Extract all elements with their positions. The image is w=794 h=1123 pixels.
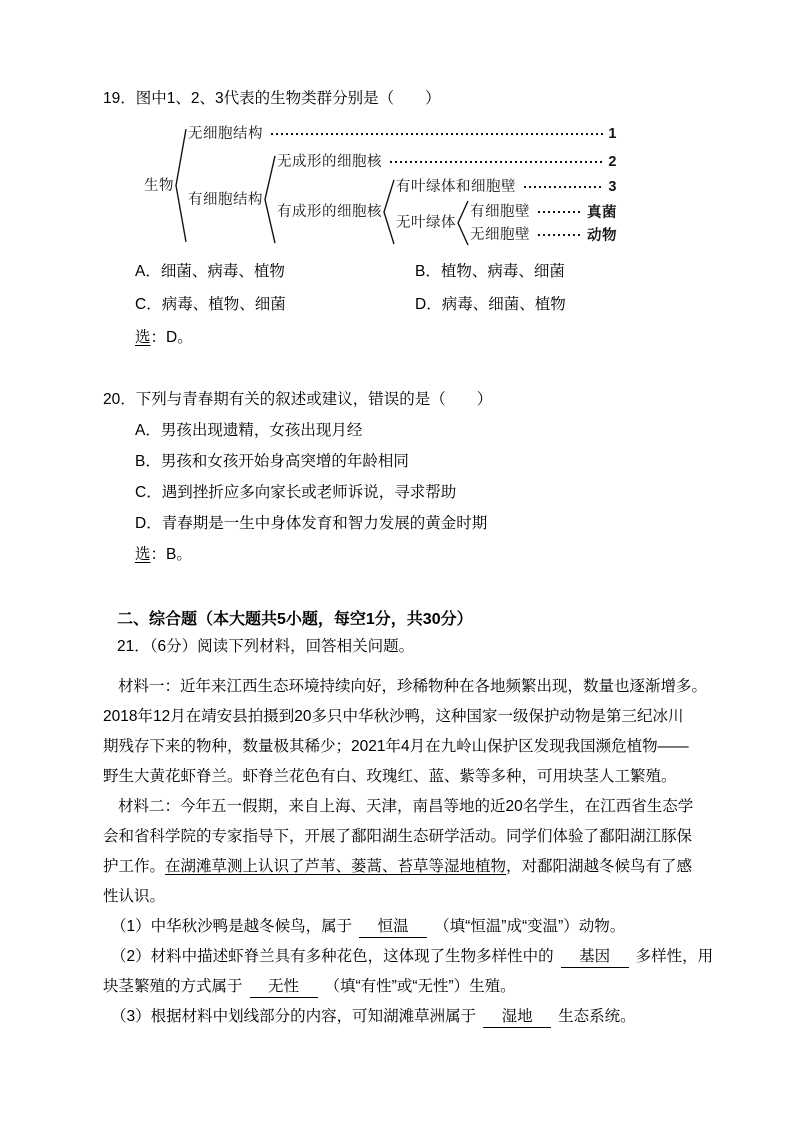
diagram-node-formed-nucleus: 有成形的细胞核 有叶绿体和细胞壁 3 无叶绿体 [276, 177, 617, 247]
q21-sub2-line2: 块茎繁殖的方式属于无性（填“有性”或“无性”）生殖。 [103, 972, 754, 1002]
diagram-root-label: 生物 [143, 176, 175, 196]
q20-answer-line: 选：B。 [135, 544, 754, 566]
classification-diagram: 生物 无细胞结构 1 有细胞结构 无成形的细胞核 2 [143, 124, 575, 247]
material2-line: 性认识。 [103, 882, 754, 912]
material1-line: 2018年12月在靖安县拍摄到20多只中华秋沙鸭，这种国家一级保护动物是第三纪冰… [103, 702, 754, 732]
section-heading: 二、综合题（本大题共5小题，每空1分，共30分） [117, 608, 754, 632]
material2-line: 材料二：今年五一假期，来自上海、天津，南昌等地的近20名学生，在江西省生态学 [118, 792, 754, 822]
diagram-label: 无细胞结构 [187, 124, 264, 144]
branch-bracket [457, 199, 469, 247]
q19-title: 19．图中1、2、3代表的生物类群分别是（ ） [103, 88, 754, 110]
q21-sub3-line: （3）根据材料中划线部分的内容，可知湖滩草洲属于湿地生态系统。 [111, 1002, 754, 1032]
dotted-leader [524, 186, 603, 188]
q21-sub1-line: （1）中华秋沙鸭是越冬候鸟，属于恒温（填“恒温”成“变温”）动物。 [111, 912, 754, 942]
q20-option-b: B．男孩和女孩开始身高突增的年龄相同 [135, 451, 754, 473]
material1-line: 期残存下来的物种，数量极其稀少；2021年4月在九岭山保护区发现我国濒危植物—— [103, 732, 754, 762]
diagram-number-3: 3 [608, 179, 617, 195]
diagram-node-no-chloroplast: 无叶绿体 有细胞壁 真菌 [395, 199, 617, 247]
sub3-answer-blank: 湿地 [483, 1007, 551, 1028]
sub2-answer-blank-2: 无性 [250, 977, 318, 998]
diagram-label: 有细胞壁 [469, 202, 531, 222]
diagram-label: 有叶绿体和细胞壁 [395, 177, 517, 197]
q19-option-a: A．细菌、病毒、植物 [135, 261, 415, 283]
diagram-row-no-cell: 无细胞结构 1 [187, 124, 617, 144]
diagram-row-fungi: 有细胞壁 真菌 [469, 201, 617, 222]
q21-sub2-line1: （2）材料中描述虾脊兰具有多种花色，这体现了生物多样性中的基因多样性，用 [111, 942, 754, 972]
exam-page: 19．图中1、2、3代表的生物类群分别是（ ） 生物 无细胞结构 1 有细胞结构… [0, 0, 794, 1032]
diagram-label: 有成形的细胞核 [276, 202, 383, 222]
diagram-node-has-cell: 有细胞结构 无成形的细胞核 2 有成形的细胞核 [187, 152, 617, 247]
diagram-number-1: 1 [608, 126, 617, 142]
q20-answer-value: ：B。 [151, 546, 192, 563]
sub2-text: 块茎繁殖的方式属于 [103, 978, 243, 995]
q19-answer-value: ：D。 [151, 329, 193, 346]
q20-title: 20．下列与青春期有关的叙述或建议，错误的是（ ） [103, 389, 754, 411]
diagram-label: 无叶绿体 [395, 213, 457, 233]
q19-answer-label: 选 [135, 329, 151, 346]
diagram-label: 无细胞壁 [469, 225, 531, 245]
q20-option-a: A．男孩出现遗精，女孩出现月经 [135, 420, 754, 442]
diagram-result-fungi: 真菌 [587, 201, 617, 222]
sub1-answer-blank: 恒温 [359, 917, 427, 938]
material2-text: ，对鄱阳湖越冬候鸟有了感 [506, 858, 692, 875]
material1-line: 野生大黄花虾脊兰。虾脊兰花色有白、玫瑰红、蓝、紫等多种，可用块茎人工繁殖。 [103, 762, 754, 792]
diagram-row-animals: 无细胞壁 动物 [469, 224, 617, 245]
q19-answer-line: 选：D。 [135, 327, 754, 349]
branch-bracket [383, 177, 395, 247]
material2-line: 会和省科学院的专家指导下，开展了鄱阳湖生态研学活动。同学们体验了鄱阳湖江豚保 [103, 822, 754, 852]
sub1-text: （1）中华秋沙鸭是越冬候鸟，属于 [111, 918, 352, 935]
sub2-text: （2）材料中描述虾脊兰具有多种花色，这体现了生物多样性中的 [111, 948, 554, 965]
sub2-text: 多样性，用 [636, 948, 714, 965]
diagram-result-animals: 动物 [587, 224, 617, 245]
sub2-answer-blank-1: 基因 [561, 947, 629, 968]
material2-text: 护工作。 [103, 858, 165, 875]
q19-options: A．细菌、病毒、植物 B．植物、病毒、细菌 C．病毒、植物、细菌 D．病毒、细菌… [135, 261, 754, 316]
diagram-row-chloroplast-wall: 有叶绿体和细胞壁 3 [395, 177, 617, 197]
sub2-text: （填“有性”或“无性”）生殖。 [325, 978, 516, 995]
material2-line-underlined: 护工作。在湖滩草测上认识了芦苇、蒌蒿、苔草等湿地植物，对鄱阳湖越冬候鸟有了感 [103, 852, 754, 882]
diagram-label: 无成形的细胞核 [276, 152, 383, 172]
branch-bracket [264, 152, 276, 247]
material2-underlined-passage: 在湖滩草测上认识了芦苇、蒌蒿、苔草等湿地植物 [165, 858, 506, 875]
q19-option-b: B．植物、病毒、细菌 [415, 261, 754, 283]
dotted-leader [390, 161, 603, 163]
sub1-text: （填“恒温”成“变温”）动物。 [434, 918, 625, 935]
diagram-label: 有细胞结构 [187, 190, 264, 210]
q20-option-c: C．遇到挫折应多向家长或老师诉说，寻求帮助 [135, 482, 754, 504]
q20-answer-label: 选 [135, 546, 151, 563]
sub3-text: 生态系统。 [558, 1008, 636, 1025]
material1-line: 材料一：近年来江西生态环境持续向好，珍稀物种在各地频繁出现，数量也逐渐增多。 [118, 672, 754, 702]
q21-materials: 材料一：近年来江西生态环境持续向好，珍稀物种在各地频繁出现，数量也逐渐增多。 2… [103, 672, 754, 1032]
q19-option-d: D．病毒、细菌、植物 [415, 294, 754, 316]
diagram-number-2: 2 [608, 154, 617, 170]
dotted-leader [271, 133, 603, 135]
branch-bracket [175, 124, 187, 247]
sub3-text: （3）根据材料中划线部分的内容，可知湖滩草洲属于 [111, 1008, 476, 1025]
dotted-leader [538, 211, 582, 213]
diagram-row-no-nucleus: 无成形的细胞核 2 [276, 152, 617, 172]
q20-option-d: D．青春期是一生中身体发育和智力发展的黄金时期 [135, 513, 754, 535]
diagram-root-node: 生物 无细胞结构 1 有细胞结构 无成形的细胞核 2 [143, 124, 575, 247]
q21-title: 21．（6分）阅读下列材料，回答相关问题。 [117, 632, 754, 662]
dotted-leader [538, 234, 582, 236]
q19-option-c: C．病毒、植物、细菌 [135, 294, 415, 316]
